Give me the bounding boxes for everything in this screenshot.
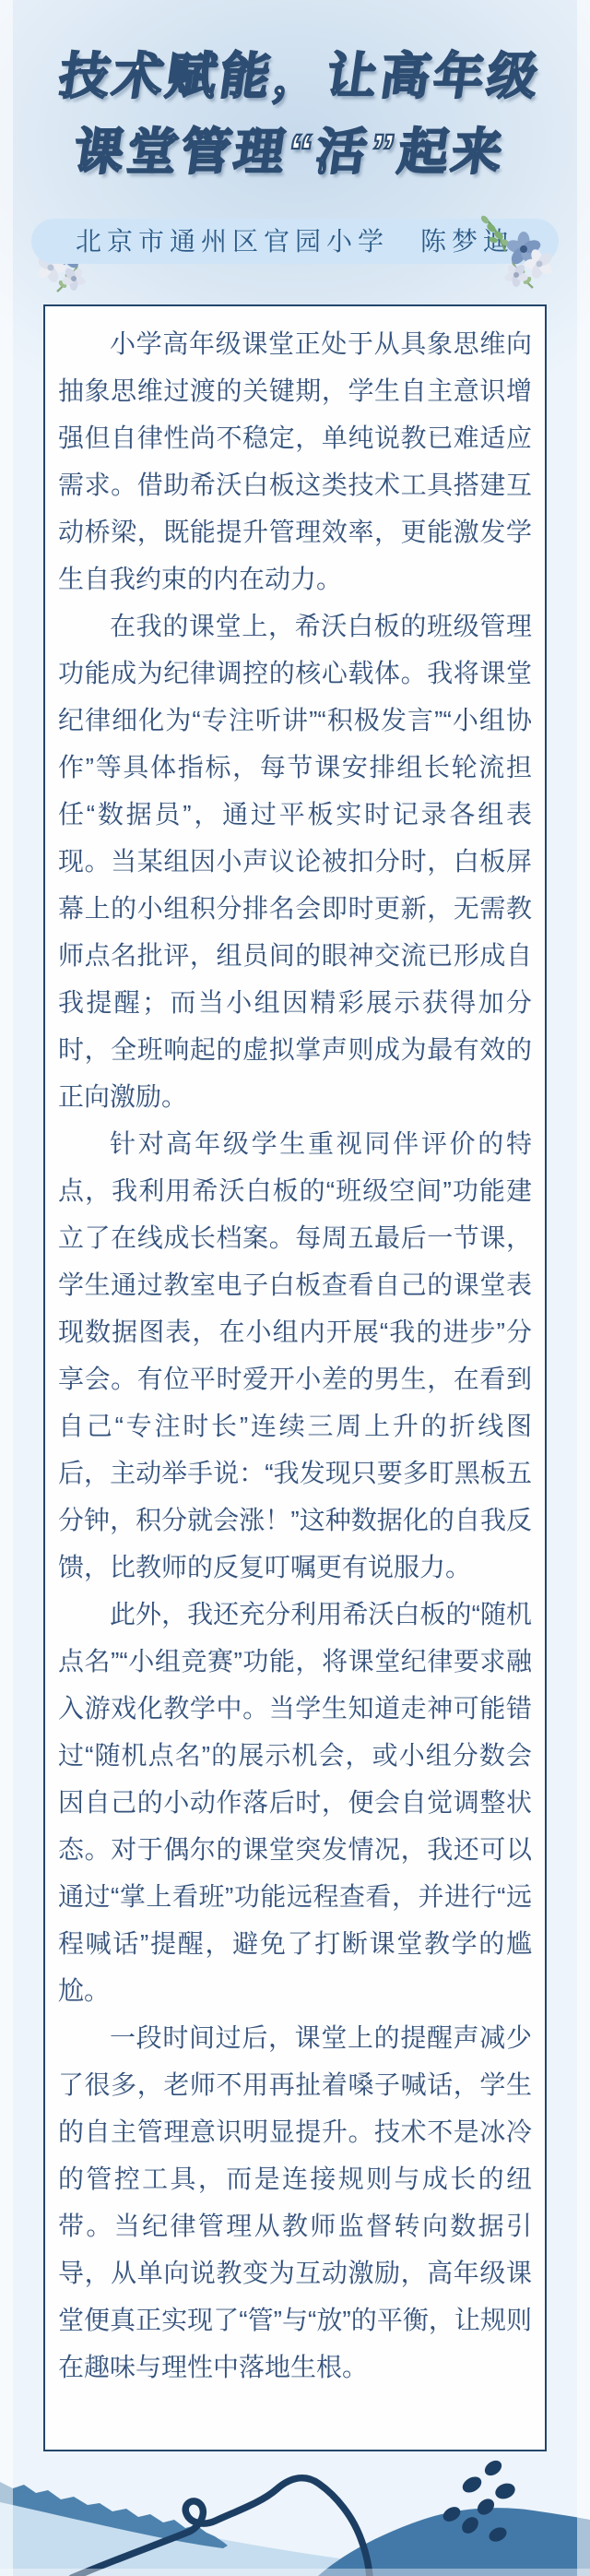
footer-wave-illustration [0,2447,590,2576]
page-title-line-2: 课堂管理“活”起来 [0,114,590,190]
article-paragraph-5: 一段时间过后，课堂上的提醒声减少了很多，老师不用再扯着嗓子喊话，学生的自主管理意… [58,2014,532,2391]
article-paragraph-4: 此外，我还充分利用希沃白板的“随机点名”“小组竞赛”功能，将课堂纪律要求融入游戏… [58,1591,532,2014]
article-paragraph-2: 在我的课堂上，希沃白板的班级管理功能成为纪律调控的核心载体。我将课堂纪律细化为“… [58,602,532,1120]
article-paragraph-1: 小学高年级课堂正处于从具象思维向抽象思维过渡的关键期，学生自主意识增强但自律性尚… [58,320,532,602]
page-left-edge-fade [0,0,13,2576]
page-bottom-edge-fade [0,2569,590,2576]
article-card: 小学高年级课堂正处于从具象思维向抽象思维过渡的关键期，学生自主意识增强但自律性尚… [43,304,547,2451]
article-page: 技术赋能，让高年级 课堂管理“活”起来 [0,0,590,2576]
page-title: 技术赋能，让高年级 课堂管理“活”起来 [0,39,590,190]
page-title-line-1: 技术赋能，让高年级 [0,39,590,114]
page-right-edge-fade [577,0,590,2576]
article-paragraph-3: 针对高年级学生重视同伴评价的特点，我利用希沃白板的“班级空间”功能建立了在线成长… [58,1120,532,1591]
flower-decoration-right-icon [478,209,551,293]
